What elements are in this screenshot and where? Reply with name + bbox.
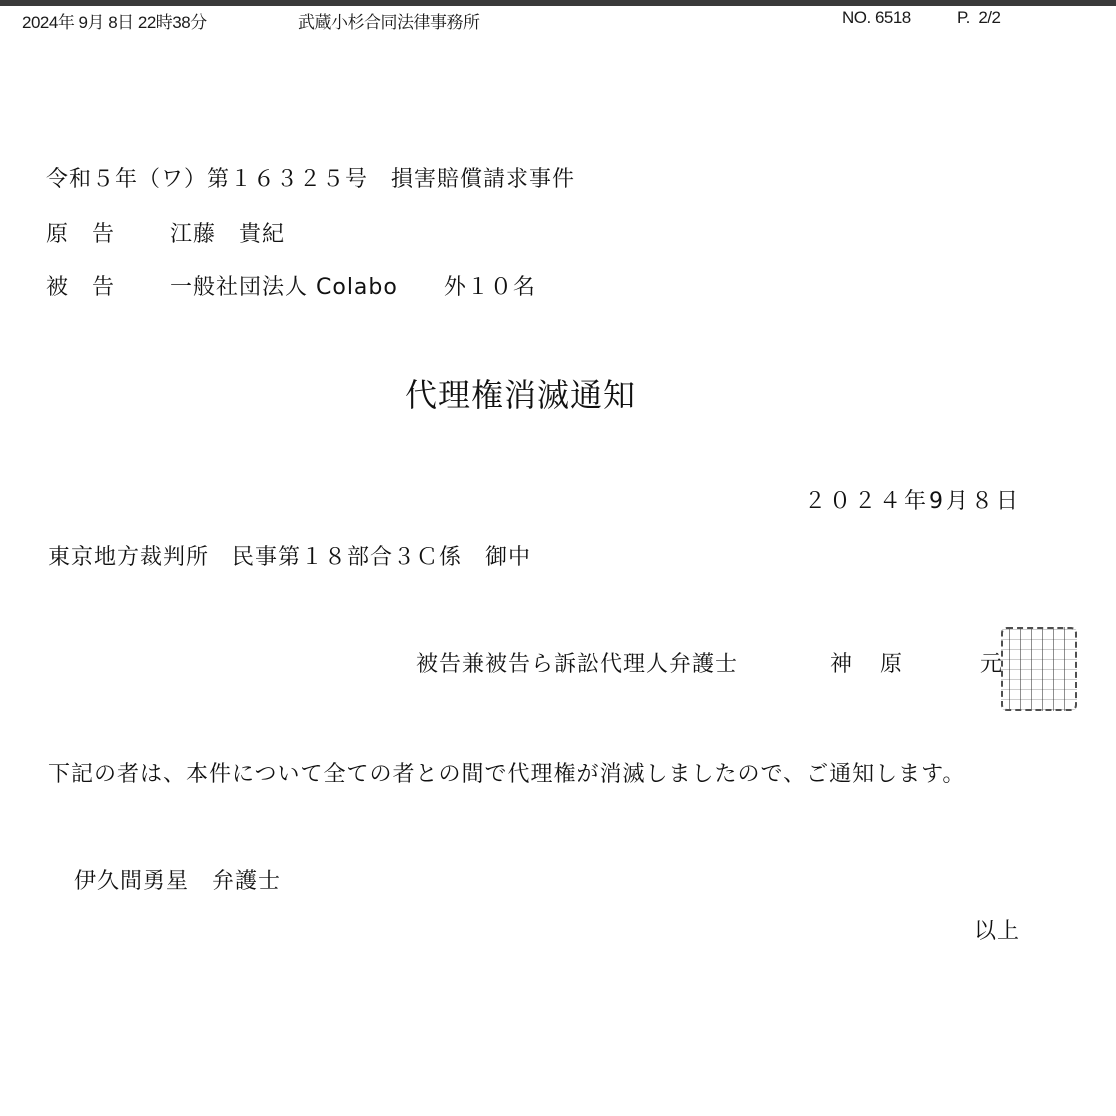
signer-name-given: 元 bbox=[980, 647, 1003, 678]
attorney-name: 伊久間勇星 弁護士 bbox=[74, 864, 281, 895]
fax-header: 2024年 9月 8日 22時38分 武蔵小杉合同法律事務所 NO. 6518 … bbox=[0, 8, 1116, 34]
plaintiff-label: 原 告 bbox=[46, 217, 115, 248]
fax-top-bar bbox=[0, 0, 1116, 6]
document-date: ２０２４年9月８日 bbox=[804, 484, 1021, 515]
case-line: 令和５年（ワ）第１６３２５号 損害賠償請求事件 bbox=[46, 162, 575, 193]
document-title: 代理権消滅通知 bbox=[405, 370, 636, 416]
fax-number: NO. 6518 bbox=[842, 8, 911, 28]
fax-page: P. 2/2 bbox=[957, 8, 1000, 28]
defendant-label: 被 告 bbox=[46, 270, 115, 301]
fax-sender: 武蔵小杉合同法律事務所 bbox=[298, 8, 480, 33]
plaintiff-name: 江藤 貴紀 bbox=[170, 217, 285, 248]
addressee: 東京地方裁判所 民事第１８部合３Ｃ係 御中 bbox=[48, 540, 531, 571]
closing-ijou: 以上 bbox=[974, 914, 1020, 945]
fax-datetime: 2024年 9月 8日 22時38分 bbox=[22, 8, 207, 33]
seal-stamp-icon bbox=[1001, 627, 1077, 711]
defendant-name: 一般社団法人 Colabo 外１０名 bbox=[170, 270, 536, 301]
signer-name-family-1: 神 bbox=[830, 647, 853, 678]
signer-name-family-2: 原 bbox=[880, 647, 903, 678]
signer-role: 被告兼被告ら訴訟代理人弁護士 bbox=[416, 647, 738, 678]
notice-body: 下記の者は、本件について全ての者との間で代理権が消滅しましたので、ご通知します。 bbox=[48, 757, 965, 788]
